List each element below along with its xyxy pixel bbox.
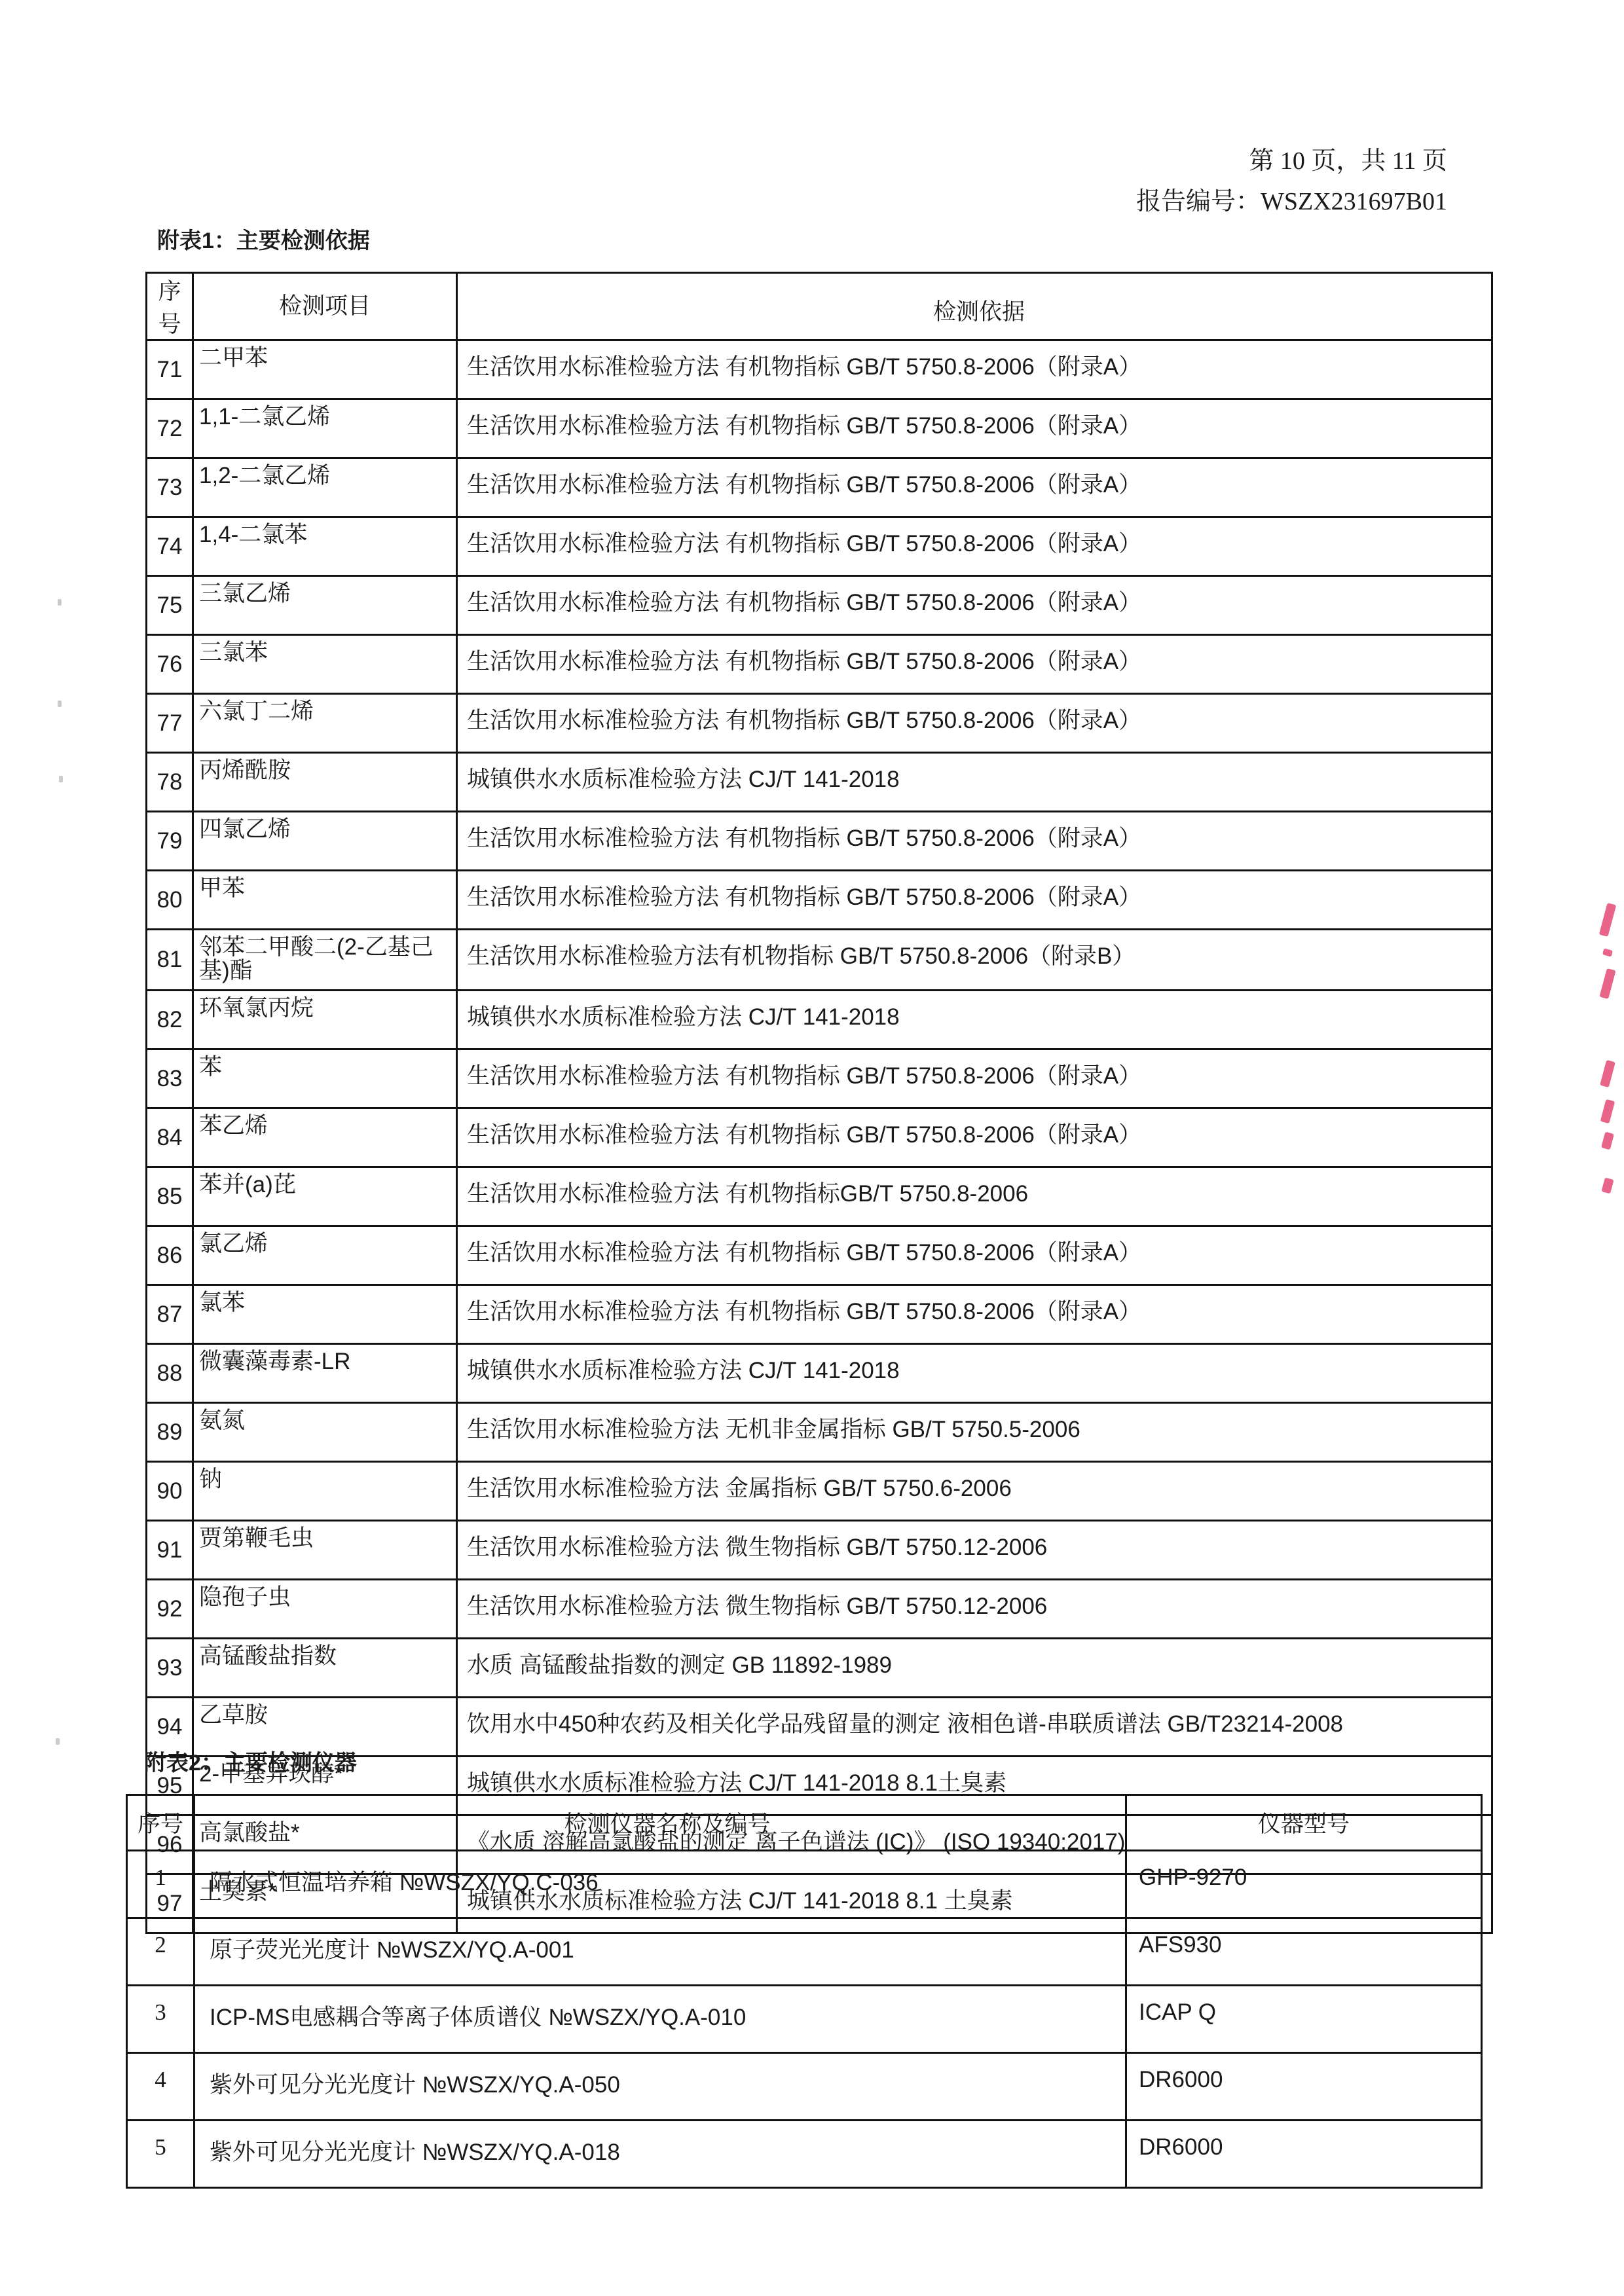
test-basis: 城镇供水水质标准检验方法 CJ/T 141-2018 xyxy=(457,991,1492,1049)
table-row: 78丙烯酰胺城镇供水水质标准检验方法 CJ/T 141-2018 xyxy=(147,753,1492,812)
instrument-model: AFS930 xyxy=(1126,1918,1482,1986)
test-item: 氨氮 xyxy=(193,1403,457,1462)
table-row: 86氯乙烯生活饮用水标准检验方法 有机物指标 GB/T 5750.8-2006（… xyxy=(147,1226,1492,1285)
test-item: 微囊藻毒素-LR xyxy=(193,1344,457,1403)
row-number: 80 xyxy=(147,871,193,930)
test-item: 环氧氯丙烷 xyxy=(193,991,457,1049)
row-number: 82 xyxy=(147,991,193,1049)
test-basis: 生活饮用水标准检验方法 无机非金属指标 GB/T 5750.5-2006 xyxy=(457,1403,1492,1462)
instrument-model: GHP-9270 xyxy=(1126,1851,1482,1918)
page-indicator: 第 10 页，共 11 页 xyxy=(1136,141,1447,181)
table-row: 82环氧氯丙烷城镇供水水质标准检验方法 CJ/T 141-2018 xyxy=(147,991,1492,1049)
test-basis: 生活饮用水标准检验方法 有机物指标 GB/T 5750.8-2006（附录A） xyxy=(457,1285,1492,1344)
table-row: 89氨氮生活饮用水标准检验方法 无机非金属指标 GB/T 5750.5-2006 xyxy=(147,1403,1492,1462)
instrument-model: DR6000 xyxy=(1126,2121,1482,2188)
test-item: 丙烯酰胺 xyxy=(193,753,457,812)
table-row: 721,1-二氯乙烯生活饮用水标准检验方法 有机物指标 GB/T 5750.8-… xyxy=(147,399,1492,458)
table-row: 79四氯乙烯生活饮用水标准检验方法 有机物指标 GB/T 5750.8-2006… xyxy=(147,812,1492,871)
test-basis: 生活饮用水标准检验方法 有机物指标 GB/T 5750.8-2006（附录A） xyxy=(457,635,1492,694)
row-number: 72 xyxy=(147,399,193,458)
instruments-table: 序号 检测仪器名称及编号 仪器型号 1隔水式恒温培养箱 №WSZX/YQ.C-0… xyxy=(126,1794,1483,2189)
table-row: 76三氯苯生活饮用水标准检验方法 有机物指标 GB/T 5750.8-2006（… xyxy=(147,635,1492,694)
row-number: 3 xyxy=(127,1986,194,2053)
column-header-no: 序号 xyxy=(147,273,193,340)
column-header-no: 序号 xyxy=(127,1795,194,1851)
row-number: 90 xyxy=(147,1462,193,1521)
test-item: 高锰酸盐指数 xyxy=(193,1639,457,1698)
table2-body: 1隔水式恒温培养箱 №WSZX/YQ.C-036GHP-92702原子荧光光度计… xyxy=(127,1851,1482,2188)
test-basis: 生活饮用水标准检验方法 有机物指标 GB/T 5750.8-2006（附录A） xyxy=(457,812,1492,871)
test-basis: 生活饮用水标准检验方法 微生物指标 GB/T 5750.12-2006 xyxy=(457,1580,1492,1639)
table-row: 84苯乙烯生活饮用水标准检验方法 有机物指标 GB/T 5750.8-2006（… xyxy=(147,1108,1492,1167)
row-number: 83 xyxy=(147,1049,193,1108)
test-basis: 生活饮用水标准检验方法 有机物指标 GB/T 5750.8-2006（附录A） xyxy=(457,1108,1492,1167)
test-basis: 生活饮用水标准检验方法 有机物指标 GB/T 5750.8-2006（附录A） xyxy=(457,576,1492,635)
row-number: 84 xyxy=(147,1108,193,1167)
test-basis: 生活饮用水标准检验方法 有机物指标 GB/T 5750.8-2006（附录A） xyxy=(457,1226,1492,1285)
row-number: 76 xyxy=(147,635,193,694)
table-row: 77六氯丁二烯生活饮用水标准检验方法 有机物指标 GB/T 5750.8-200… xyxy=(147,694,1492,753)
test-basis: 生活饮用水标准检验方法 有机物指标 GB/T 5750.8-2006（附录A） xyxy=(457,871,1492,930)
test-item: 氯苯 xyxy=(193,1285,457,1344)
test-item: 甲苯 xyxy=(193,871,457,930)
test-basis: 生活饮用水标准检验方法 有机物指标 GB/T 5750.8-2006（附录A） xyxy=(457,694,1492,753)
table-row: 81邻苯二甲酸二(2-乙基己基)酯生活饮用水标准检验方法有机物指标 GB/T 5… xyxy=(147,930,1492,991)
table1-body: 71二甲苯生活饮用水标准检验方法 有机物指标 GB/T 5750.8-2006（… xyxy=(147,340,1492,1933)
row-number: 85 xyxy=(147,1167,193,1226)
test-item: 贾第鞭毛虫 xyxy=(193,1521,457,1580)
row-number: 71 xyxy=(147,340,193,399)
test-basis: 生活饮用水标准检验方法 有机物指标 GB/T 5750.8-2006（附录A） xyxy=(457,340,1492,399)
test-item: 三氯乙烯 xyxy=(193,576,457,635)
test-item: 苯 xyxy=(193,1049,457,1108)
row-number: 79 xyxy=(147,812,193,871)
row-number: 77 xyxy=(147,694,193,753)
test-basis: 水质 高锰酸盐指数的测定 GB 11892-1989 xyxy=(457,1639,1492,1698)
table-row: 87氯苯生活饮用水标准检验方法 有机物指标 GB/T 5750.8-2006（附… xyxy=(147,1285,1492,1344)
scan-speck xyxy=(56,1738,60,1745)
instrument-name: 隔水式恒温培养箱 №WSZX/YQ.C-036 xyxy=(194,1851,1126,1918)
row-number: 93 xyxy=(147,1639,193,1698)
test-basis: 生活饮用水标准检验方法 有机物指标 GB/T 5750.8-2006（附录A） xyxy=(457,517,1492,576)
row-number: 86 xyxy=(147,1226,193,1285)
table-row: 91贾第鞭毛虫生活饮用水标准检验方法 微生物指标 GB/T 5750.12-20… xyxy=(147,1521,1492,1580)
report-number-label: 报告编号： xyxy=(1136,188,1261,215)
report-number: WSZX231697B01 xyxy=(1261,188,1447,215)
testing-basis-table: 序号 检测项目 检测依据 71二甲苯生活饮用水标准检验方法 有机物指标 GB/T… xyxy=(145,272,1493,1934)
scan-speck xyxy=(58,599,62,606)
test-item: 四氯乙烯 xyxy=(193,812,457,871)
row-number: 78 xyxy=(147,753,193,812)
row-number: 73 xyxy=(147,458,193,517)
test-item: 1,2-二氯乙烯 xyxy=(193,458,457,517)
row-number: 2 xyxy=(127,1918,194,1986)
test-basis: 生活饮用水标准检验方法 金属指标 GB/T 5750.6-2006 xyxy=(457,1462,1492,1521)
test-item: 三氯苯 xyxy=(193,635,457,694)
red-stamp-fragment xyxy=(1603,903,1619,1192)
table-row: 88微囊藻毒素-LR城镇供水水质标准检验方法 CJ/T 141-2018 xyxy=(147,1344,1492,1403)
test-item: 二甲苯 xyxy=(193,340,457,399)
scan-speck xyxy=(59,776,63,782)
test-basis: 生活饮用水标准检验方法 有机物指标 GB/T 5750.8-2006（附录A） xyxy=(457,1049,1492,1108)
instrument-name: ICP-MS电感耦合等离子体质谱仪 №WSZX/YQ.A-010 xyxy=(194,1986,1126,2053)
table-row: 2原子荧光光度计 №WSZX/YQ.A-001AFS930 xyxy=(127,1918,1482,1986)
table-row: 92隐孢子虫生活饮用水标准检验方法 微生物指标 GB/T 5750.12-200… xyxy=(147,1580,1492,1639)
table-row: 85苯并(a)芘生活饮用水标准检验方法 有机物指标GB/T 5750.8-200… xyxy=(147,1167,1492,1226)
test-basis: 生活饮用水标准检验方法 有机物指标 GB/T 5750.8-2006（附录A） xyxy=(457,399,1492,458)
test-basis: 生活饮用水标准检验方法 有机物指标 GB/T 5750.8-2006（附录A） xyxy=(457,458,1492,517)
table-row: 5紫外可见分光光度计 №WSZX/YQ.A-018DR6000 xyxy=(127,2121,1482,2188)
table-row: 71二甲苯生活饮用水标准检验方法 有机物指标 GB/T 5750.8-2006（… xyxy=(147,340,1492,399)
instrument-model: ICAP Q xyxy=(1126,1986,1482,2053)
table-row: 75三氯乙烯生活饮用水标准检验方法 有机物指标 GB/T 5750.8-2006… xyxy=(147,576,1492,635)
report-number-line: 报告编号：WSZX231697B01 xyxy=(1136,181,1447,222)
table-row: 731,2-二氯乙烯生活饮用水标准检验方法 有机物指标 GB/T 5750.8-… xyxy=(147,458,1492,517)
test-item: 1,1-二氯乙烯 xyxy=(193,399,457,458)
table2-title: 附表2：主要检测仪器 xyxy=(144,1745,357,1777)
row-number: 87 xyxy=(147,1285,193,1344)
table-row: 1隔水式恒温培养箱 №WSZX/YQ.C-036GHP-9270 xyxy=(127,1851,1482,1918)
table-row: 90钠生活饮用水标准检验方法 金属指标 GB/T 5750.6-2006 xyxy=(147,1462,1492,1521)
column-header-model: 仪器型号 xyxy=(1126,1795,1482,1851)
table-row: 83苯生活饮用水标准检验方法 有机物指标 GB/T 5750.8-2006（附录… xyxy=(147,1049,1492,1108)
column-header-basis: 检测依据 xyxy=(457,273,1492,340)
row-number: 74 xyxy=(147,517,193,576)
test-basis: 生活饮用水标准检验方法有机物指标 GB/T 5750.8-2006（附录B） xyxy=(457,930,1492,991)
table-row: 3ICP-MS电感耦合等离子体质谱仪 №WSZX/YQ.A-010ICAP Q xyxy=(127,1986,1482,2053)
test-item: 1,4-二氯苯 xyxy=(193,517,457,576)
instrument-name: 紫外可见分光光度计 №WSZX/YQ.A-018 xyxy=(194,2121,1126,2188)
test-item: 氯乙烯 xyxy=(193,1226,457,1285)
test-basis: 城镇供水水质标准检验方法 CJ/T 141-2018 xyxy=(457,1344,1492,1403)
test-basis: 饮用水中450种农药及相关化学品残留量的测定 液相色谱-串联质谱法 GB/T23… xyxy=(457,1698,1492,1757)
row-number: 5 xyxy=(127,2121,194,2188)
column-header-item: 检测项目 xyxy=(193,273,457,340)
instrument-name: 紫外可见分光光度计 №WSZX/YQ.A-050 xyxy=(194,2053,1126,2121)
test-item: 苯并(a)芘 xyxy=(193,1167,457,1226)
row-number: 75 xyxy=(147,576,193,635)
row-number: 91 xyxy=(147,1521,193,1580)
table-header-row: 序号 检测项目 检测依据 xyxy=(147,273,1492,340)
page-header: 第 10 页，共 11 页 报告编号：WSZX231697B01 xyxy=(1136,141,1447,222)
scan-speck xyxy=(58,701,62,707)
table-row: 80甲苯生活饮用水标准检验方法 有机物指标 GB/T 5750.8-2006（附… xyxy=(147,871,1492,930)
row-number: 81 xyxy=(147,930,193,991)
table1-title: 附表1：主要检测依据 xyxy=(157,223,370,255)
row-number: 4 xyxy=(127,2053,194,2121)
column-header-instrument-name: 检测仪器名称及编号 xyxy=(194,1795,1126,1851)
test-item: 六氯丁二烯 xyxy=(193,694,457,753)
instrument-name: 原子荧光光度计 №WSZX/YQ.A-001 xyxy=(194,1918,1126,1986)
table-header-row: 序号 检测仪器名称及编号 仪器型号 xyxy=(127,1795,1482,1851)
test-basis: 城镇供水水质标准检验方法 CJ/T 141-2018 xyxy=(457,753,1492,812)
test-item: 隐孢子虫 xyxy=(193,1580,457,1639)
test-item: 邻苯二甲酸二(2-乙基己基)酯 xyxy=(193,930,457,991)
test-basis: 生活饮用水标准检验方法 微生物指标 GB/T 5750.12-2006 xyxy=(457,1521,1492,1580)
test-item: 钠 xyxy=(193,1462,457,1521)
row-number: 92 xyxy=(147,1580,193,1639)
test-basis: 生活饮用水标准检验方法 有机物指标GB/T 5750.8-2006 xyxy=(457,1167,1492,1226)
instrument-model: DR6000 xyxy=(1126,2053,1482,2121)
table-row: 4紫外可见分光光度计 №WSZX/YQ.A-050DR6000 xyxy=(127,2053,1482,2121)
table-row: 93高锰酸盐指数水质 高锰酸盐指数的测定 GB 11892-1989 xyxy=(147,1639,1492,1698)
test-item: 苯乙烯 xyxy=(193,1108,457,1167)
row-number: 88 xyxy=(147,1344,193,1403)
row-number: 1 xyxy=(127,1851,194,1918)
row-number: 89 xyxy=(147,1403,193,1462)
table-row: 741,4-二氯苯生活饮用水标准检验方法 有机物指标 GB/T 5750.8-2… xyxy=(147,517,1492,576)
